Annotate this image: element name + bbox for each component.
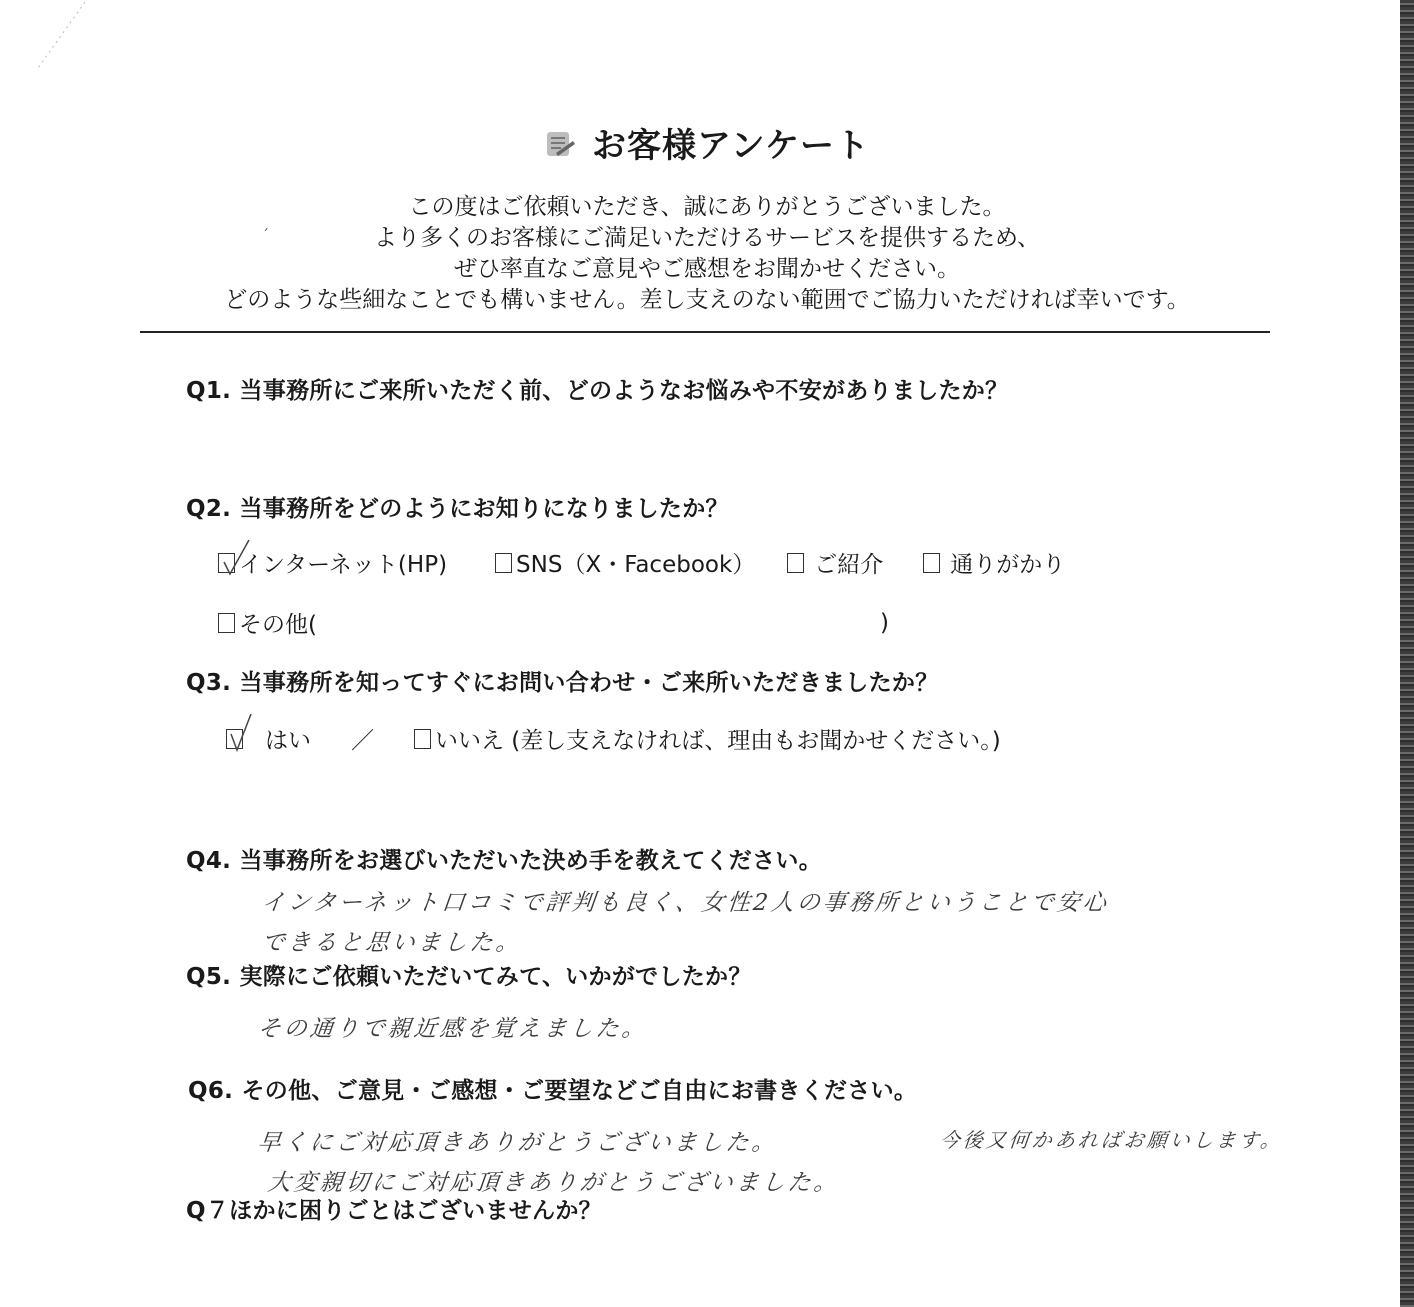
header: お客様アンケート: [0, 118, 1414, 167]
handwritten-answer: その通りで親近感を覚えました。: [256, 1010, 649, 1043]
intro-line: どのような些細なことでも構いません。差し支えのない範囲でご協力いただければ幸いで…: [0, 285, 1414, 316]
divider: [140, 331, 1270, 333]
other-close-paren: ): [880, 610, 889, 636]
q3-options: はい ／ いいえ (差し支えなければ、理由もお聞かせください。): [226, 722, 1001, 755]
intro-text: この度はご依頼いただき、誠にありがとうございました。 より多くのお客様にご満足い…: [0, 192, 1414, 316]
q2-options: インターネット(HP) SNS（X・Facebook） ご紹介 通りがかり: [218, 546, 1065, 579]
option-yes[interactable]: はい: [226, 722, 311, 755]
question-q2: Q2. 当事務所をどのようにお知りになりましたか？: [186, 490, 729, 523]
checkbox[interactable]: [923, 553, 940, 573]
checkbox[interactable]: [414, 729, 431, 749]
option-label: 通りがかり: [950, 546, 1065, 579]
checkbox-checked[interactable]: [218, 553, 235, 573]
option-internet[interactable]: インターネット(HP): [218, 546, 447, 579]
option-no[interactable]: いいえ (差し支えなければ、理由もお聞かせください。): [414, 722, 1001, 755]
intro-line: より多くのお客様にご満足いただけるサービスを提供するため、: [0, 223, 1414, 254]
checkmark-icon: [221, 538, 251, 578]
option-other[interactable]: その他(: [218, 606, 317, 639]
option-label: はい: [265, 722, 311, 755]
checkmark-icon: [229, 714, 259, 754]
handwritten-answer: できると思いました。: [260, 924, 523, 957]
page-title: お客様アンケート: [544, 118, 870, 167]
handwritten-answer: 今後又何かあればお願いします。: [938, 1124, 1284, 1153]
checkbox-checked[interactable]: [226, 729, 243, 749]
handwritten-answer: 早くにご対応頂きありがとうございました。: [256, 1124, 779, 1157]
option-label: インターネット(HP): [239, 546, 447, 579]
option-label: いいえ (差し支えなければ、理由もお聞かせください。): [435, 722, 1001, 755]
q2-other-row: その他( ): [218, 606, 898, 639]
question-q4: Q4. 当事務所をお選びいただいた決め手を教えてください。: [186, 842, 822, 875]
option-label: SNS（X・Facebook）: [516, 546, 755, 579]
question-q1: Q1. 当事務所にご来所いただく前、どのようなお悩みや不安がありましたか？: [186, 372, 1008, 405]
question-q6: Q6. その他、ご意見・ご感想・ご要望などご自由にお書きください。: [188, 1072, 917, 1105]
scan-artifact: [30, 0, 90, 70]
checkbox[interactable]: [218, 613, 235, 633]
question-q5: Q5. 実際にご依頼いただいてみて、いかがでしたか？: [186, 958, 752, 991]
option-referral[interactable]: ご紹介: [787, 546, 883, 579]
option-passing-by[interactable]: 通りがかり: [923, 546, 1065, 579]
question-q3: Q3. 当事務所を知ってすぐにお問い合わせ・ご来所いただきましたか？: [186, 664, 939, 697]
intro-line: この度はご依頼いただき、誠にありがとうございました。: [0, 192, 1414, 223]
pencil-memo-icon: [544, 126, 578, 160]
separator: ／: [351, 722, 374, 755]
option-sns[interactable]: SNS（X・Facebook）: [495, 546, 755, 579]
handwritten-answer: インターネット口コミで評判も良く、女性2人の事務所ということで安心: [260, 884, 1111, 917]
checkbox[interactable]: [495, 553, 512, 573]
intro-line: ぜひ率直なご意見やご感想をお聞かせください。: [0, 254, 1414, 285]
title-text: お客様アンケート: [592, 118, 870, 167]
option-label: ご紹介: [814, 546, 883, 579]
option-label: その他(: [239, 606, 317, 639]
checkbox[interactable]: [787, 553, 804, 573]
question-q7: Q７ほかに困りごとはございませんか？: [186, 1192, 602, 1225]
